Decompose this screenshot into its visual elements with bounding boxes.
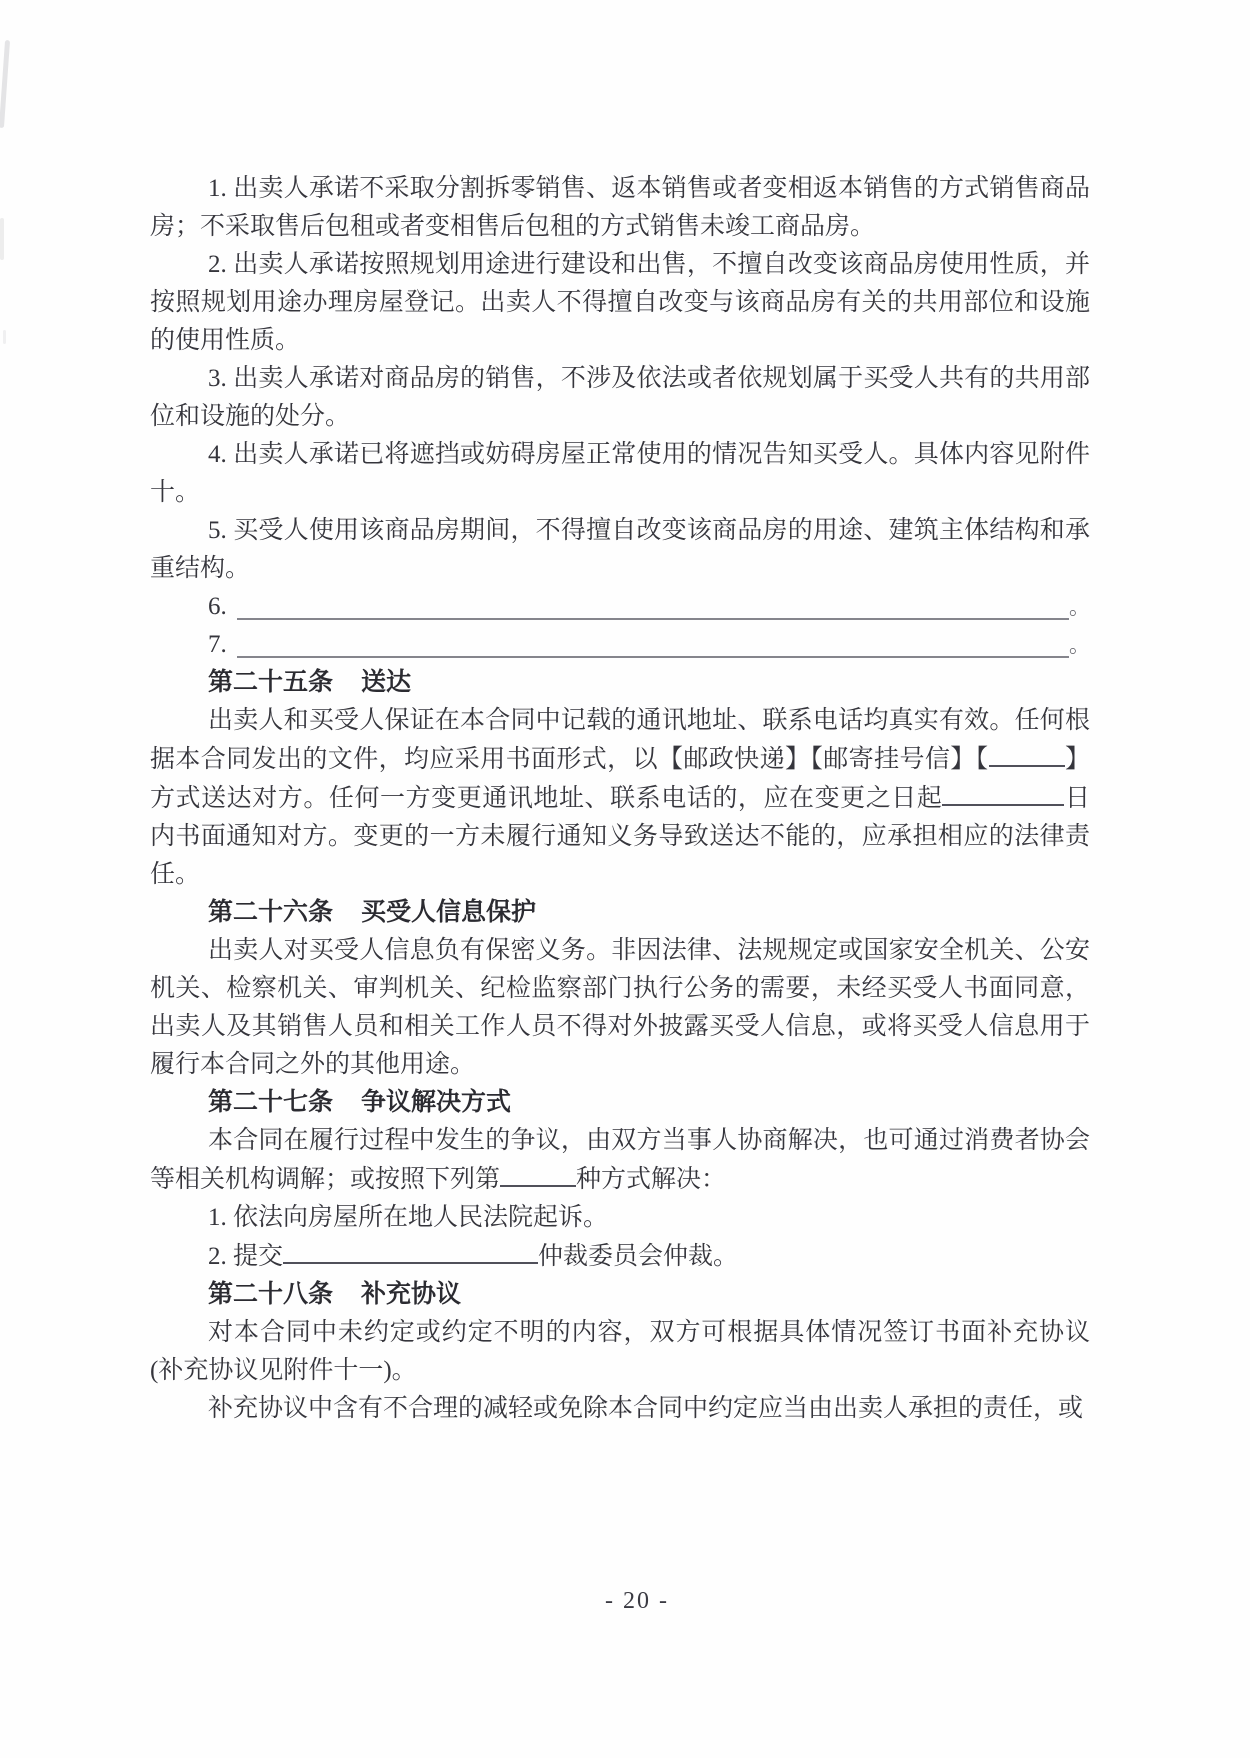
clause-item-7: 7. 。 xyxy=(150,626,1090,664)
blank-line xyxy=(237,588,1069,620)
contract-page: 1. 出卖人承诺不采取分割拆零销售、返本销售或者变相返本销售的方式销售商品房；不… xyxy=(0,0,1250,1758)
fill-blank xyxy=(283,1237,538,1264)
clause-item-2: 2. 出卖人承诺按照规划用途进行建设和出售，不擅自改变该商品房使用性质，并按照规… xyxy=(150,246,1090,360)
article-28-paragraph-1: 对本合同中未约定或约定不明的内容，双方可根据具体情况签订书面补充协议(补充协议见… xyxy=(150,1314,1090,1390)
article-28-paragraph-2: 补充协议中含有不合理的减轻或免除本合同中约定应当由出卖人承担的责任，或 xyxy=(150,1390,1090,1428)
article-number: 第二十八条 xyxy=(208,1281,333,1308)
article-27-heading: 第二十七条争议解决方式 xyxy=(150,1084,1090,1122)
article-26-heading: 第二十六条买受人信息保护 xyxy=(150,894,1090,932)
article-26-body: 出卖人对买受人信息负有保密义务。非因法律、法规规定或国家安全机关、公安机关、检察… xyxy=(150,932,1090,1084)
article-28-heading: 第二十八条补充协议 xyxy=(150,1276,1090,1314)
scan-artifact xyxy=(3,330,6,344)
text-segment: 种方式解决： xyxy=(576,1166,726,1193)
article-number: 第二十五条 xyxy=(208,669,333,696)
dispute-option-1: 1. 依法向房屋所在地人民法院起诉。 xyxy=(150,1199,1090,1237)
period: 。 xyxy=(1069,588,1090,626)
dispute-option-2: 2. 提交仲裁委员会仲裁。 xyxy=(150,1237,1090,1276)
article-number: 第二十六条 xyxy=(208,899,333,926)
scan-artifact xyxy=(0,218,4,260)
article-title: 买受人信息保护 xyxy=(361,899,536,926)
clause-item-6: 6. 。 xyxy=(150,588,1090,626)
clause-item-1: 1. 出卖人承诺不采取分割拆零销售、返本销售或者变相返本销售的方式销售商品房；不… xyxy=(150,170,1090,246)
clause-item-4: 4. 出卖人承诺已将遮挡或妨碍房屋正常使用的情况告知买受人。具体内容见附件十。 xyxy=(150,436,1090,512)
article-27-body: 本合同在履行过程中发生的争议，由双方当事人协商解决，也可通过消费者协会等相关机构… xyxy=(150,1122,1090,1199)
clause-item-5: 5. 买受人使用该商品房期间，不得擅自改变该商品房的用途、建筑主体结构和承重结构… xyxy=(150,512,1090,588)
text-segment: 仲裁委员会仲裁。 xyxy=(538,1243,738,1270)
fill-blank xyxy=(942,779,1064,806)
text-segment: 出卖人和买受人保证在本合同中记载的通讯地址、联系电话均真实有效。任何根据本合同发… xyxy=(150,707,1090,773)
clause-item-3: 3. 出卖人承诺对商品房的销售，不涉及依法或者依规划属于买受人共有的共用部位和设… xyxy=(150,360,1090,436)
blank-line xyxy=(237,626,1069,658)
article-title: 送达 xyxy=(361,669,411,696)
article-25-body: 出卖人和买受人保证在本合同中记载的通讯地址、联系电话均真实有效。任何根据本合同发… xyxy=(150,702,1090,894)
article-number: 第二十七条 xyxy=(208,1089,333,1116)
page-number: - 20 - xyxy=(487,1588,787,1615)
period: 。 xyxy=(1069,626,1090,664)
document-body: 1. 出卖人承诺不采取分割拆零销售、返本销售或者变相返本销售的方式销售商品房；不… xyxy=(150,170,1090,1428)
item-number: 7. xyxy=(208,626,227,664)
article-title: 争议解决方式 xyxy=(361,1089,511,1116)
article-25-heading: 第二十五条送达 xyxy=(150,664,1090,702)
fill-blank xyxy=(500,1160,576,1187)
article-title: 补充协议 xyxy=(361,1281,461,1308)
fill-blank xyxy=(989,740,1065,767)
scan-artifact xyxy=(0,40,10,128)
text-segment: 2. 提交 xyxy=(208,1243,283,1270)
item-number: 6. xyxy=(208,588,227,626)
